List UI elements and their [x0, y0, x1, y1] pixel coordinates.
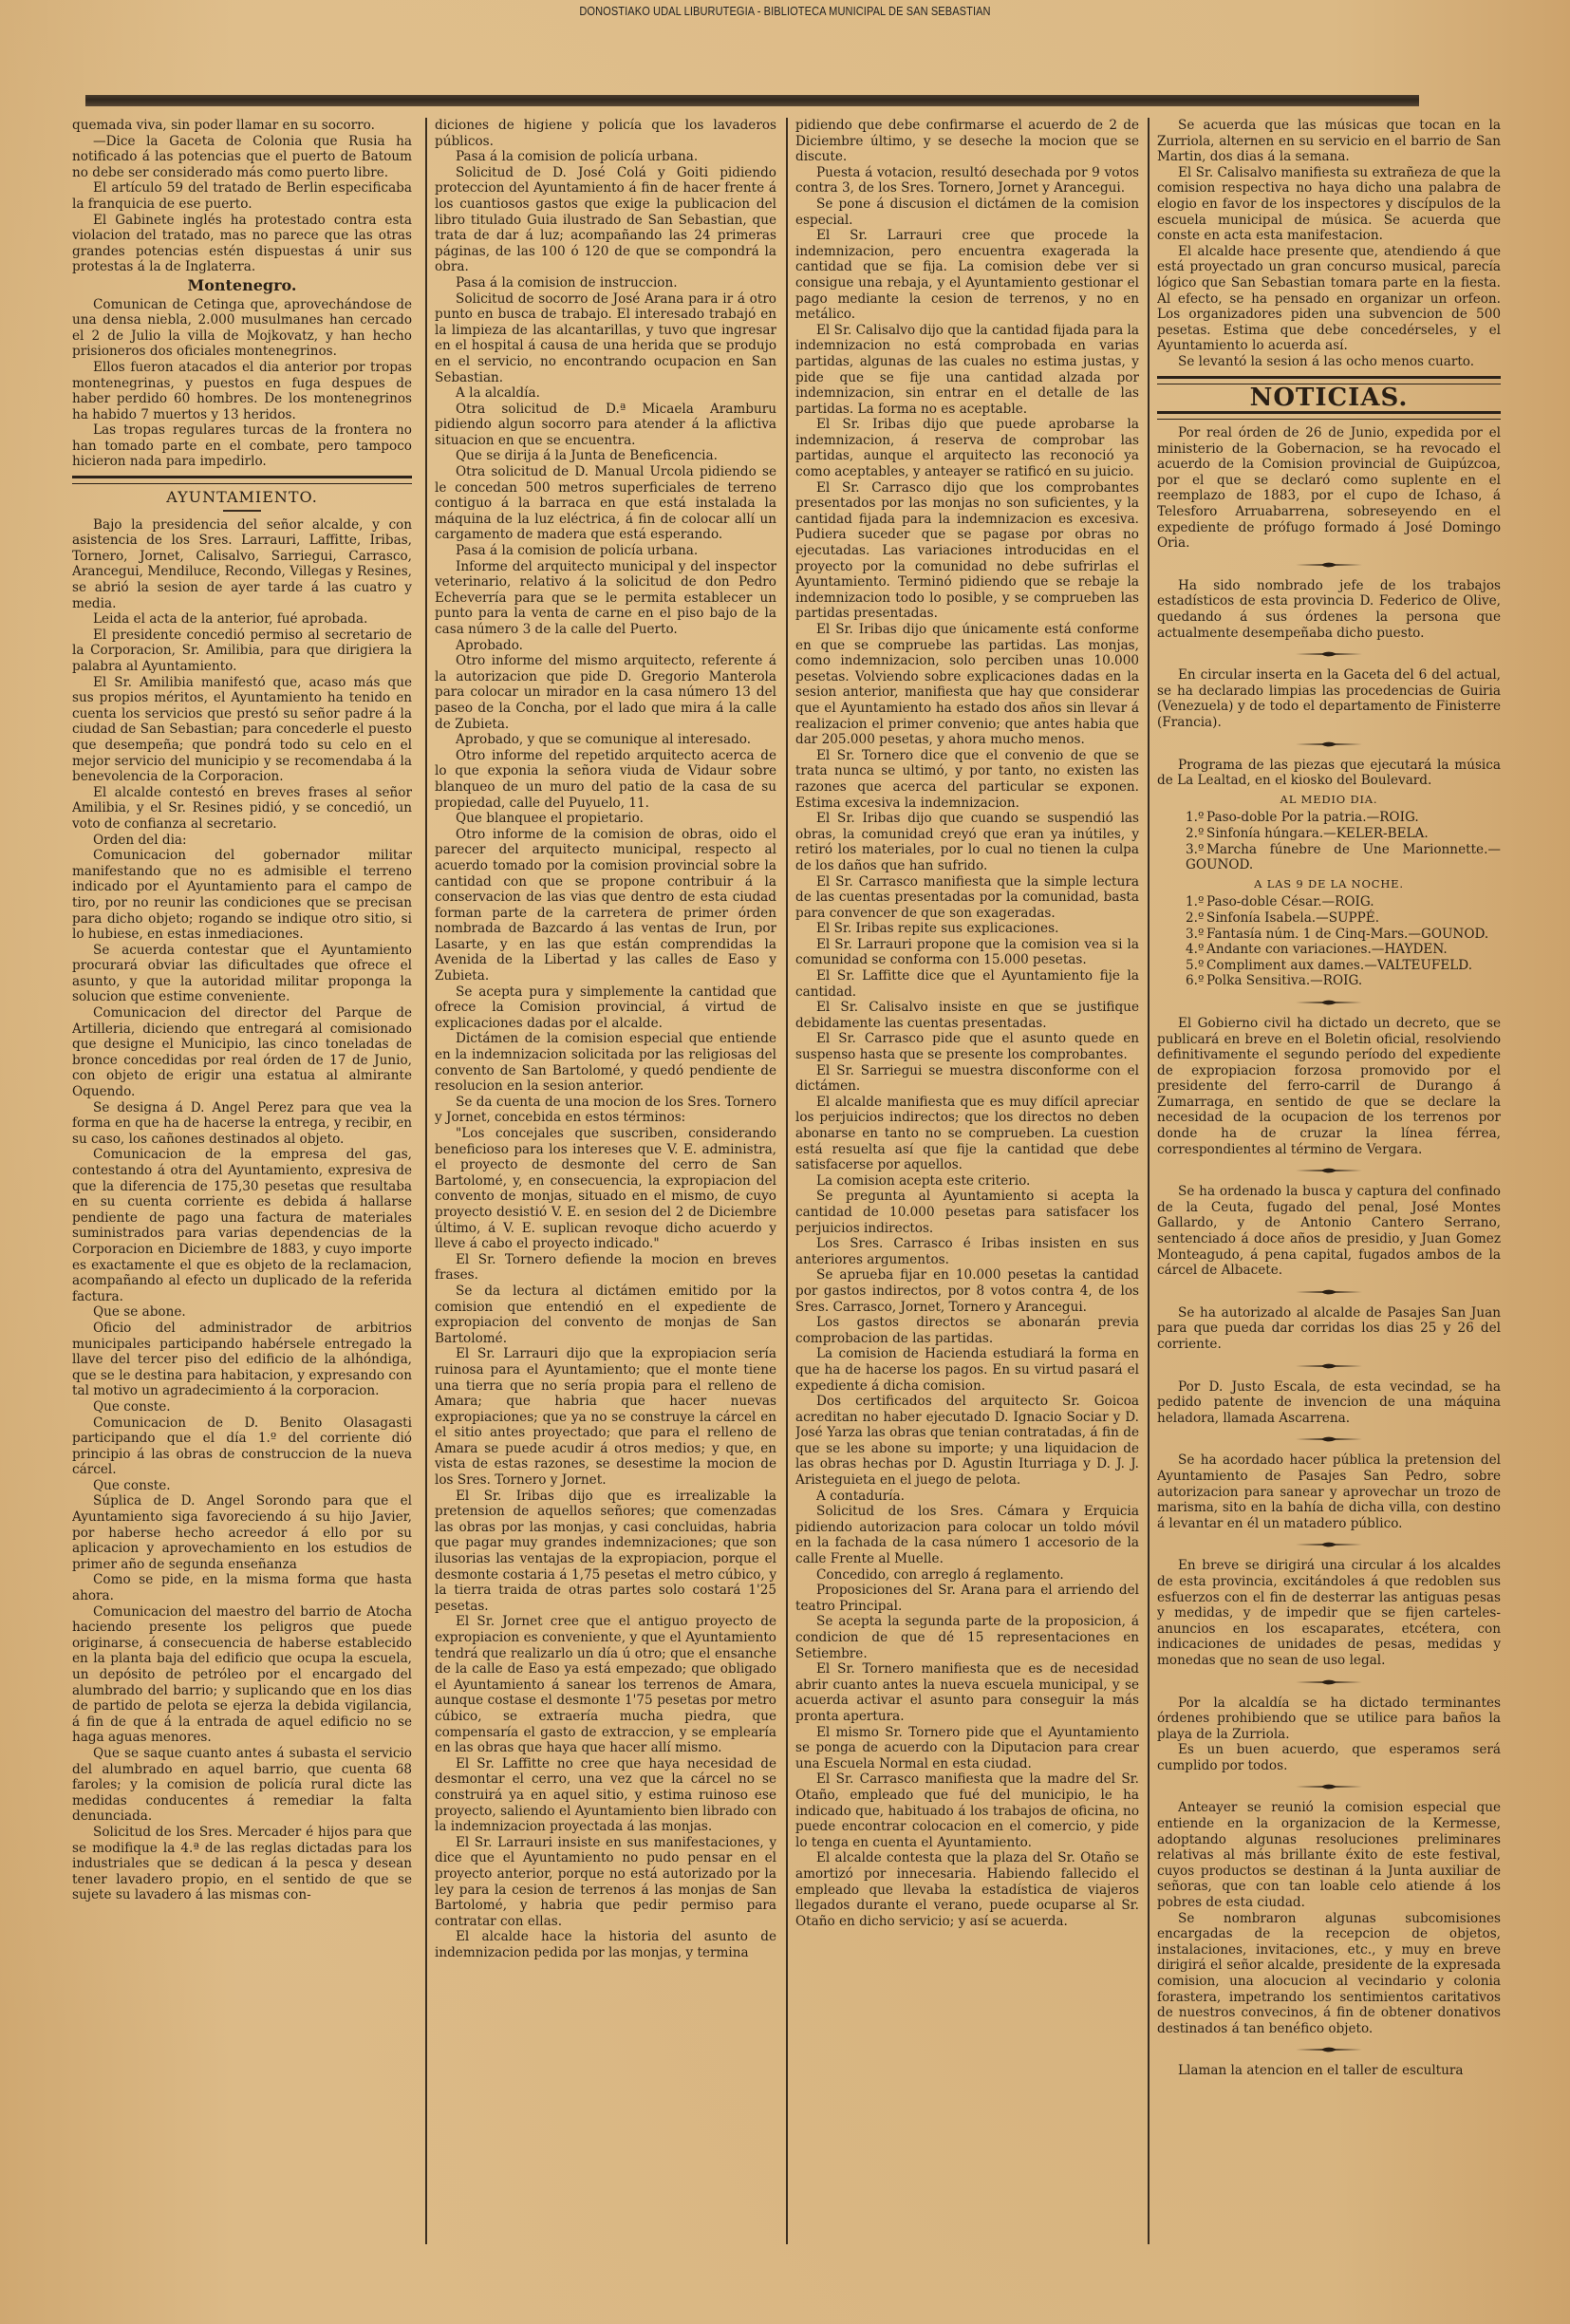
paragraph: Se aprueba fijar en 10.000 pesetas la ca…	[795, 1267, 1139, 1315]
paragraph: El alcalde contestó en breves frases al …	[72, 785, 412, 833]
paragraph: El Sr. Iribas dijo que puede aprobarse l…	[795, 417, 1139, 479]
paragraph: El Sr. Larrauri insiste en sus manifesta…	[435, 1835, 776, 1930]
program-item: 3.ºMarcha fúnebre de Une Marionnette.—GO…	[1157, 842, 1501, 873]
paragraph: El Sr. Iribas repite sus explicaciones.	[795, 921, 1139, 937]
section-heading-montenegro: Montenegro.	[72, 278, 412, 294]
paragraph: Solicitud de socorro de José Arana para …	[435, 291, 776, 386]
section-heading-noticias: NOTICIAS.	[1157, 390, 1501, 406]
paragraph: Que blanquee el propietario.	[435, 811, 776, 827]
library-watermark: DONOSTIAKO UDAL LIBURUTEGIA - BIBLIOTECA…	[118, 4, 1452, 18]
paragraph: Comunicacion de la empresa del gas, cont…	[72, 1147, 412, 1304]
fleuron-divider-icon	[1296, 1362, 1362, 1370]
paragraph: El Sr. Larrauri cree que procede la inde…	[795, 228, 1139, 323]
paragraph: Otro informe de la comision de obras, oi…	[435, 827, 776, 984]
paragraph: Se pone á discusion el dictámen de la co…	[795, 197, 1139, 228]
paragraph: Que se dirija á la Junta de Beneficencia…	[435, 448, 776, 464]
paragraph: El Sr. Carrasco dijo que los comprobante…	[795, 480, 1139, 622]
column-divider	[1148, 118, 1149, 2244]
paragraph: El alcalde hace presente que, atendiendo…	[1157, 244, 1501, 354]
paragraph: Como se pide, en la misma forma que hast…	[72, 1572, 412, 1603]
paragraph: Se acuerda contestar que el Ayuntamiento…	[72, 943, 412, 1005]
fleuron-divider-icon	[1296, 1167, 1362, 1174]
paragraph: A la alcaldía.	[435, 385, 776, 402]
paragraph: Comunicacion del gobernador militar mani…	[72, 848, 412, 943]
paragraph: El Sr. Laffitte dice que el Ayuntamiento…	[795, 968, 1139, 1000]
program-item: 1.ºPaso-doble Por la patria.—ROIG.	[1157, 810, 1501, 826]
paragraph: El Sr. Tornero dice que el convenio de q…	[795, 748, 1139, 811]
news-item: El Gobierno civil ha dictado un decreto,…	[1157, 1016, 1501, 1157]
paragraph: Se da lectura al dictámen emitido por la…	[435, 1284, 776, 1346]
paragraph: pidiendo que debe confirmarse el acuerdo…	[795, 118, 1139, 165]
paragraph: El Sr. Carrasco pide que el asunto quede…	[795, 1031, 1139, 1062]
paragraph: Solicitud de los Sres. Mercader é hijos …	[72, 1825, 412, 1903]
paragraph: Solicitud de D. José Colá y Goiti pidien…	[435, 165, 776, 275]
program-item: 2.ºSinfonía Isabela.—SUPPÉ.	[1157, 910, 1501, 927]
paragraph: Proposiciones del Sr. Arana para el arri…	[795, 1583, 1139, 1614]
fleuron-divider-icon	[1296, 1435, 1362, 1443]
paragraph: Otra solicitud de D. Manual Urcola pidie…	[435, 464, 776, 543]
paragraph: Dos certificados del arquitecto Sr. Goic…	[795, 1394, 1139, 1489]
quoted-motion: "Los concejales que suscriben, considera…	[435, 1126, 776, 1252]
paragraph: El Sr. Iribas dijo que cuando se suspend…	[795, 811, 1139, 873]
fleuron-divider-icon	[1296, 740, 1362, 748]
fleuron-divider-icon	[1296, 1288, 1362, 1296]
fleuron-divider-icon	[1296, 1541, 1362, 1548]
news-item: Se ha autorizado al alcalde de Pasajes S…	[1157, 1305, 1501, 1353]
news-item: Ha sido nombrado jefe de los trabajos es…	[1157, 578, 1501, 641]
news-item: Por la alcaldía se ha dictado terminante…	[1157, 1696, 1501, 1743]
program-item: 1.ºPaso-doble César.—ROIG.	[1157, 894, 1501, 910]
paragraph: Pasa á la comision de policía urbana.	[435, 149, 776, 165]
paragraph: Puesta á votacion, resultó desechada por…	[795, 165, 1139, 197]
paragraph: Bajo la presidencia del señor alcalde, y…	[72, 517, 412, 612]
fleuron-divider-icon	[1296, 1783, 1362, 1790]
paragraph: Comunicacion del maestro del barrio de A…	[72, 1604, 412, 1746]
paragraph: quemada viva, sin poder llamar en su soc…	[72, 118, 412, 134]
paragraph: Que conste.	[72, 1399, 412, 1415]
column-4: Se acuerda que las músicas que tocan en …	[1157, 118, 1501, 2254]
paragraph: Los gastos directos se abonarán previa c…	[795, 1315, 1139, 1346]
paragraph: El Sr. Carrasco manifiesta que la madre …	[795, 1771, 1139, 1850]
paragraph: La comision acepta este criterio.	[795, 1173, 1139, 1190]
column-divider	[425, 118, 427, 2244]
paragraph: Ellos fueron atacados el dia anterior po…	[72, 360, 412, 422]
paragraph: Orden del dia:	[72, 833, 412, 849]
paragraph: Leida el acta de la anterior, fué aproba…	[72, 611, 412, 628]
column-2: diciones de higiene y policía que los la…	[435, 118, 776, 2254]
paragraph: El Sr. Tornero defiende la mocion en bre…	[435, 1252, 776, 1284]
newspaper-columns: quemada viva, sin poder llamar en su soc…	[72, 118, 1496, 2254]
paragraph: El Sr. Calisalvo insiste en que se justi…	[795, 1000, 1139, 1031]
paragraph: El presidente concedió permiso al secret…	[72, 628, 412, 675]
news-item: Se ha acordado hacer pública la pretensi…	[1157, 1452, 1501, 1531]
paragraph: Se acepta pura y simplemente la cantidad…	[435, 984, 776, 1032]
fleuron-divider-icon	[1296, 999, 1362, 1006]
paragraph: El Sr. Tornero manifiesta que es de nece…	[795, 1661, 1139, 1724]
news-item: En breve se dirigirá una circular á los …	[1157, 1558, 1501, 1668]
paragraph: El Sr. Sarriegui se muestra disconforme …	[795, 1063, 1139, 1095]
paragraph: Los Sres. Carrasco é Iribas insisten en …	[795, 1236, 1139, 1267]
paragraph: El Gabinete inglés ha protestado contra …	[72, 213, 412, 275]
program-item: 4.ºAndante con variaciones.—HAYDEN.	[1157, 942, 1501, 958]
news-item: Anteayer se reunió la comision especial …	[1157, 1800, 1501, 1910]
paragraph: Comunicacion del director del Parque de …	[72, 1005, 412, 1100]
paragraph: Se designa á D. Angel Perez para que vea…	[72, 1100, 412, 1148]
paragraph: Se acuerda que las músicas que tocan en …	[1157, 118, 1501, 165]
program-heading-night: A LAS 9 DE LA NOCHE.	[1157, 876, 1501, 892]
paragraph: Informe del arquitecto municipal y del i…	[435, 559, 776, 638]
paragraph: Pasa á la comision de instruccion.	[435, 275, 776, 291]
paragraph: Se pregunta al Ayuntamiento si acepta la…	[795, 1189, 1139, 1236]
news-item: En circular inserta en la Gaceta del 6 d…	[1157, 667, 1501, 730]
paragraph: Que se saque cuanto antes á subasta el s…	[72, 1746, 412, 1825]
paragraph: El Sr. Calisalvo dijo que la cantidad fi…	[795, 323, 1139, 418]
paragraph: Otro informe del repetido arquitecto ace…	[435, 748, 776, 811]
paragraph: Aprobado.	[435, 638, 776, 654]
news-item: Programa de las piezas que ejecutará la …	[1157, 758, 1501, 789]
paragraph: El Sr. Laffitte no cree que haya necesid…	[435, 1756, 776, 1835]
paragraph: Súplica de D. Angel Sorondo para que el …	[72, 1493, 412, 1572]
news-item: Por real órden de 26 de Junio, expedida …	[1157, 425, 1501, 552]
paragraph: El alcalde hace la historia del asunto d…	[435, 1929, 776, 1960]
paragraph: El Sr. Iribas dijo que únicamente está c…	[795, 622, 1139, 748]
paragraph: El alcalde contesta que la plaza del Sr.…	[795, 1850, 1139, 1929]
paragraph: El Sr. Larrauri dijo que la expropiacion…	[435, 1346, 776, 1488]
paragraph: diciones de higiene y policía que los la…	[435, 118, 776, 149]
paragraph: Se da cuenta de una mocion de los Sres. …	[435, 1095, 776, 1126]
news-item: Por D. Justo Escala, de esta vecindad, s…	[1157, 1379, 1501, 1427]
paragraph: Aprobado, y que se comunique al interesa…	[435, 732, 776, 748]
short-rule	[223, 510, 261, 512]
paragraph: La comision de Hacienda estudiará la for…	[795, 1346, 1139, 1394]
column-3: pidiendo que debe confirmarse el acuerdo…	[795, 118, 1139, 2254]
paragraph: El Sr. Calisalvo manifiesta su extrañeza…	[1157, 165, 1501, 244]
section-heading-ayuntamiento: AYUNTAMIENTO.	[72, 490, 412, 506]
news-item: Es un buen acuerdo, que esperamos será c…	[1157, 1742, 1501, 1773]
news-item: Se ha ordenado la busca y captura del co…	[1157, 1184, 1501, 1279]
program-item: 6.ºPolka Sensitiva.—ROIG.	[1157, 973, 1501, 989]
news-item: Llaman la atencion en el taller de escul…	[1157, 2063, 1501, 2079]
news-item: Se nombraron algunas subcomisiones encar…	[1157, 1911, 1501, 2037]
paragraph: El Sr. Iribas dijo que es irrealizable l…	[435, 1489, 776, 1615]
paragraph: Las tropas regulares turcas de la fronte…	[72, 422, 412, 470]
section-rule	[1157, 411, 1501, 420]
paragraph: Otra solicitud de D.ª Micaela Aramburu p…	[435, 402, 776, 449]
paragraph: El mismo Sr. Tornero pide que el Ayuntam…	[795, 1725, 1139, 1772]
paragraph: A contaduría.	[795, 1489, 1139, 1505]
program-item: 3.ºFantasía núm. 1 de Cinq-Mars.—GOUNOD.	[1157, 927, 1501, 943]
column-1: quemada viva, sin poder llamar en su soc…	[72, 118, 412, 2254]
paragraph: El Sr. Carrasco manifiesta que la simple…	[795, 874, 1139, 922]
fleuron-divider-icon	[1296, 2046, 1362, 2053]
paragraph: Se levantó la sesion á las ocho menos cu…	[1157, 354, 1501, 370]
paragraph: El artículo 59 del tratado de Berlin esp…	[72, 180, 412, 212]
column-divider	[786, 118, 788, 2244]
paragraph: Concedido, con arreglo á reglamento.	[795, 1567, 1139, 1584]
paragraph: Pasa á la comision de policía urbana.	[435, 543, 776, 559]
paragraph: Comunicacion de D. Benito Olasagasti par…	[72, 1415, 412, 1478]
paragraph: El Sr. Jornet cree que el antiguo proyec…	[435, 1614, 776, 1755]
paragraph: Se acepta la segunda parte de la proposi…	[795, 1614, 1139, 1661]
paragraph: El Sr. Larrauri propone que la comision …	[795, 937, 1139, 968]
paragraph: El alcalde manifiesta que es muy difícil…	[795, 1095, 1139, 1173]
paragraph: Que conste.	[72, 1478, 412, 1494]
paragraph: Que se abone.	[72, 1304, 412, 1321]
paragraph: Dictámen de la comision especial que ent…	[435, 1031, 776, 1094]
paragraph: El Sr. Amilibia manifestó que, acaso más…	[72, 675, 412, 785]
program-heading-noon: AL MEDIO DIA.	[1157, 792, 1501, 808]
paragraph: Comunican de Cetinga que, aprovechándose…	[72, 297, 412, 360]
fleuron-divider-icon	[1296, 561, 1362, 569]
fleuron-divider-icon	[1296, 650, 1362, 658]
paragraph: Solicitud de los Sres. Cámara y Erquicia…	[795, 1504, 1139, 1566]
program-item: 2.ºSinfonía húngara.—KELER-BELA.	[1157, 826, 1501, 842]
paragraph: Otro informe del mismo arquitecto, refer…	[435, 653, 776, 732]
program-item: 5.ºCompliment aux dames.—VALTEUFELD.	[1157, 958, 1501, 974]
section-rule	[72, 476, 412, 484]
paragraph: Oficio del administrador de arbitrios mu…	[72, 1321, 412, 1399]
paragraph: —Dice la Gaceta de Colonia que Rusia ha …	[72, 134, 412, 181]
fleuron-divider-icon	[1296, 1678, 1362, 1686]
masthead-rule	[85, 95, 1419, 106]
